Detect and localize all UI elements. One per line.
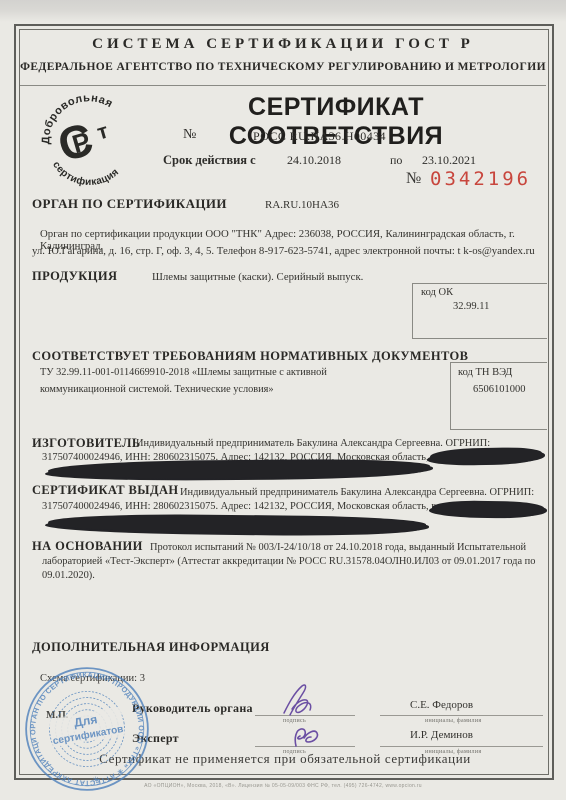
head-name-line: [380, 715, 543, 716]
product-text: Шлемы защитные (каски). Серийный выпуск.: [152, 271, 363, 283]
validity-label: Срок действия с: [163, 153, 256, 168]
stamp-star: ✳: [91, 774, 101, 785]
tnved-code-box: код ТН ВЭД 6506101000: [450, 362, 547, 430]
manufacturer-label: ИЗГОТОВИТЕЛЬ: [32, 436, 141, 451]
conformity-label: СООТВЕТСТВУЕТ ТРЕБОВАНИЯМ НОРМАТИВНЫХ ДО…: [32, 349, 468, 364]
registration-number-symbol: №: [183, 127, 196, 143]
expert-name-line: [380, 746, 543, 747]
head-name: С.Е. Федоров: [410, 699, 473, 711]
certification-body-code: RA.RU.10HA36: [265, 199, 339, 211]
ok-code-box: код ОК 32.99.11: [412, 283, 547, 339]
basis-label: НА ОСНОВАНИИ: [32, 539, 143, 554]
validity-date-from: 24.10.2018: [287, 153, 341, 168]
issued-to-label: СЕРТИФИКАТ ВЫДАН: [32, 483, 179, 498]
certificate-sheet: СИСТЕМА СЕРТИФИКАЦИИ ГОСТ Р ФЕДЕРАЛЬНОЕ …: [0, 0, 566, 800]
validity-date-to: 23.10.2021: [422, 153, 476, 168]
tnved-code-label: код ТН ВЭД: [458, 367, 512, 378]
validity-to-label: по: [390, 153, 402, 168]
name-caption: инициалы, фамилия: [425, 718, 481, 724]
expert-signature-icon: [290, 726, 324, 750]
form-number: 0342196: [430, 168, 531, 190]
system-title: СИСТЕМА СЕРТИФИКАЦИИ ГОСТ Р: [0, 36, 566, 53]
tnved-code-value: 6506101000: [473, 384, 526, 395]
product-label: ПРОДУКЦИЯ: [32, 269, 117, 284]
manufacturer-text-line1: Индивидуальный предприниматель Бакулина …: [136, 438, 490, 449]
certification-body-label: ОРГАН ПО СЕРТИФИКАЦИИ: [32, 196, 227, 212]
additional-info-label: ДОПОЛНИТЕЛЬНАЯ ИНФОРМАЦИЯ: [32, 640, 270, 655]
certification-stamp-icon: ОРГАН ПО СЕРТИФИКАЦИИ ПРОДУКЦИИ ООО «ТНК…: [16, 658, 158, 800]
conformity-text-line2: коммуникационной системой. Технические у…: [40, 384, 274, 395]
head-signature-icon: [280, 683, 332, 719]
basis-text-line1: Протокол испытаний № 003/I-24/10/18 от 2…: [150, 542, 526, 553]
issued-to-text-line2: 317507400024946, ИНН: 280602315075. Адре…: [42, 501, 435, 512]
issued-to-text-line1: Индивидуальный предприниматель Бакулина …: [180, 487, 534, 498]
registration-number: РОСС RU.HA36.H00434: [253, 129, 386, 144]
rst-logo-icon: Добровольная сертификация С Р т: [31, 85, 145, 191]
ok-code-label: код ОК: [421, 287, 453, 298]
logo-mark-t: т: [95, 120, 111, 145]
agency-title: ФЕДЕРАЛЬНОЕ АГЕНТСТВО ПО ТЕХНИЧЕСКОМУ РЕ…: [0, 61, 566, 73]
conformity-text-line1: ТУ 32.99.11-001-0114669910-2018 «Шлемы з…: [40, 367, 327, 378]
expert-name: И.Р. Деминов: [410, 729, 473, 741]
ok-code-value: 32.99.11: [453, 301, 489, 312]
basis-text-line2: лабораторией «Тест-Эксперт» (Аттестат ак…: [42, 556, 535, 567]
basis-text-line3: 09.01.2020).: [42, 570, 95, 581]
certification-body-text-line2: ул. Ю.Гагарина, д. 16, стр. Г, оф. 3, 4,…: [32, 245, 535, 257]
form-number-symbol: №: [406, 170, 421, 188]
